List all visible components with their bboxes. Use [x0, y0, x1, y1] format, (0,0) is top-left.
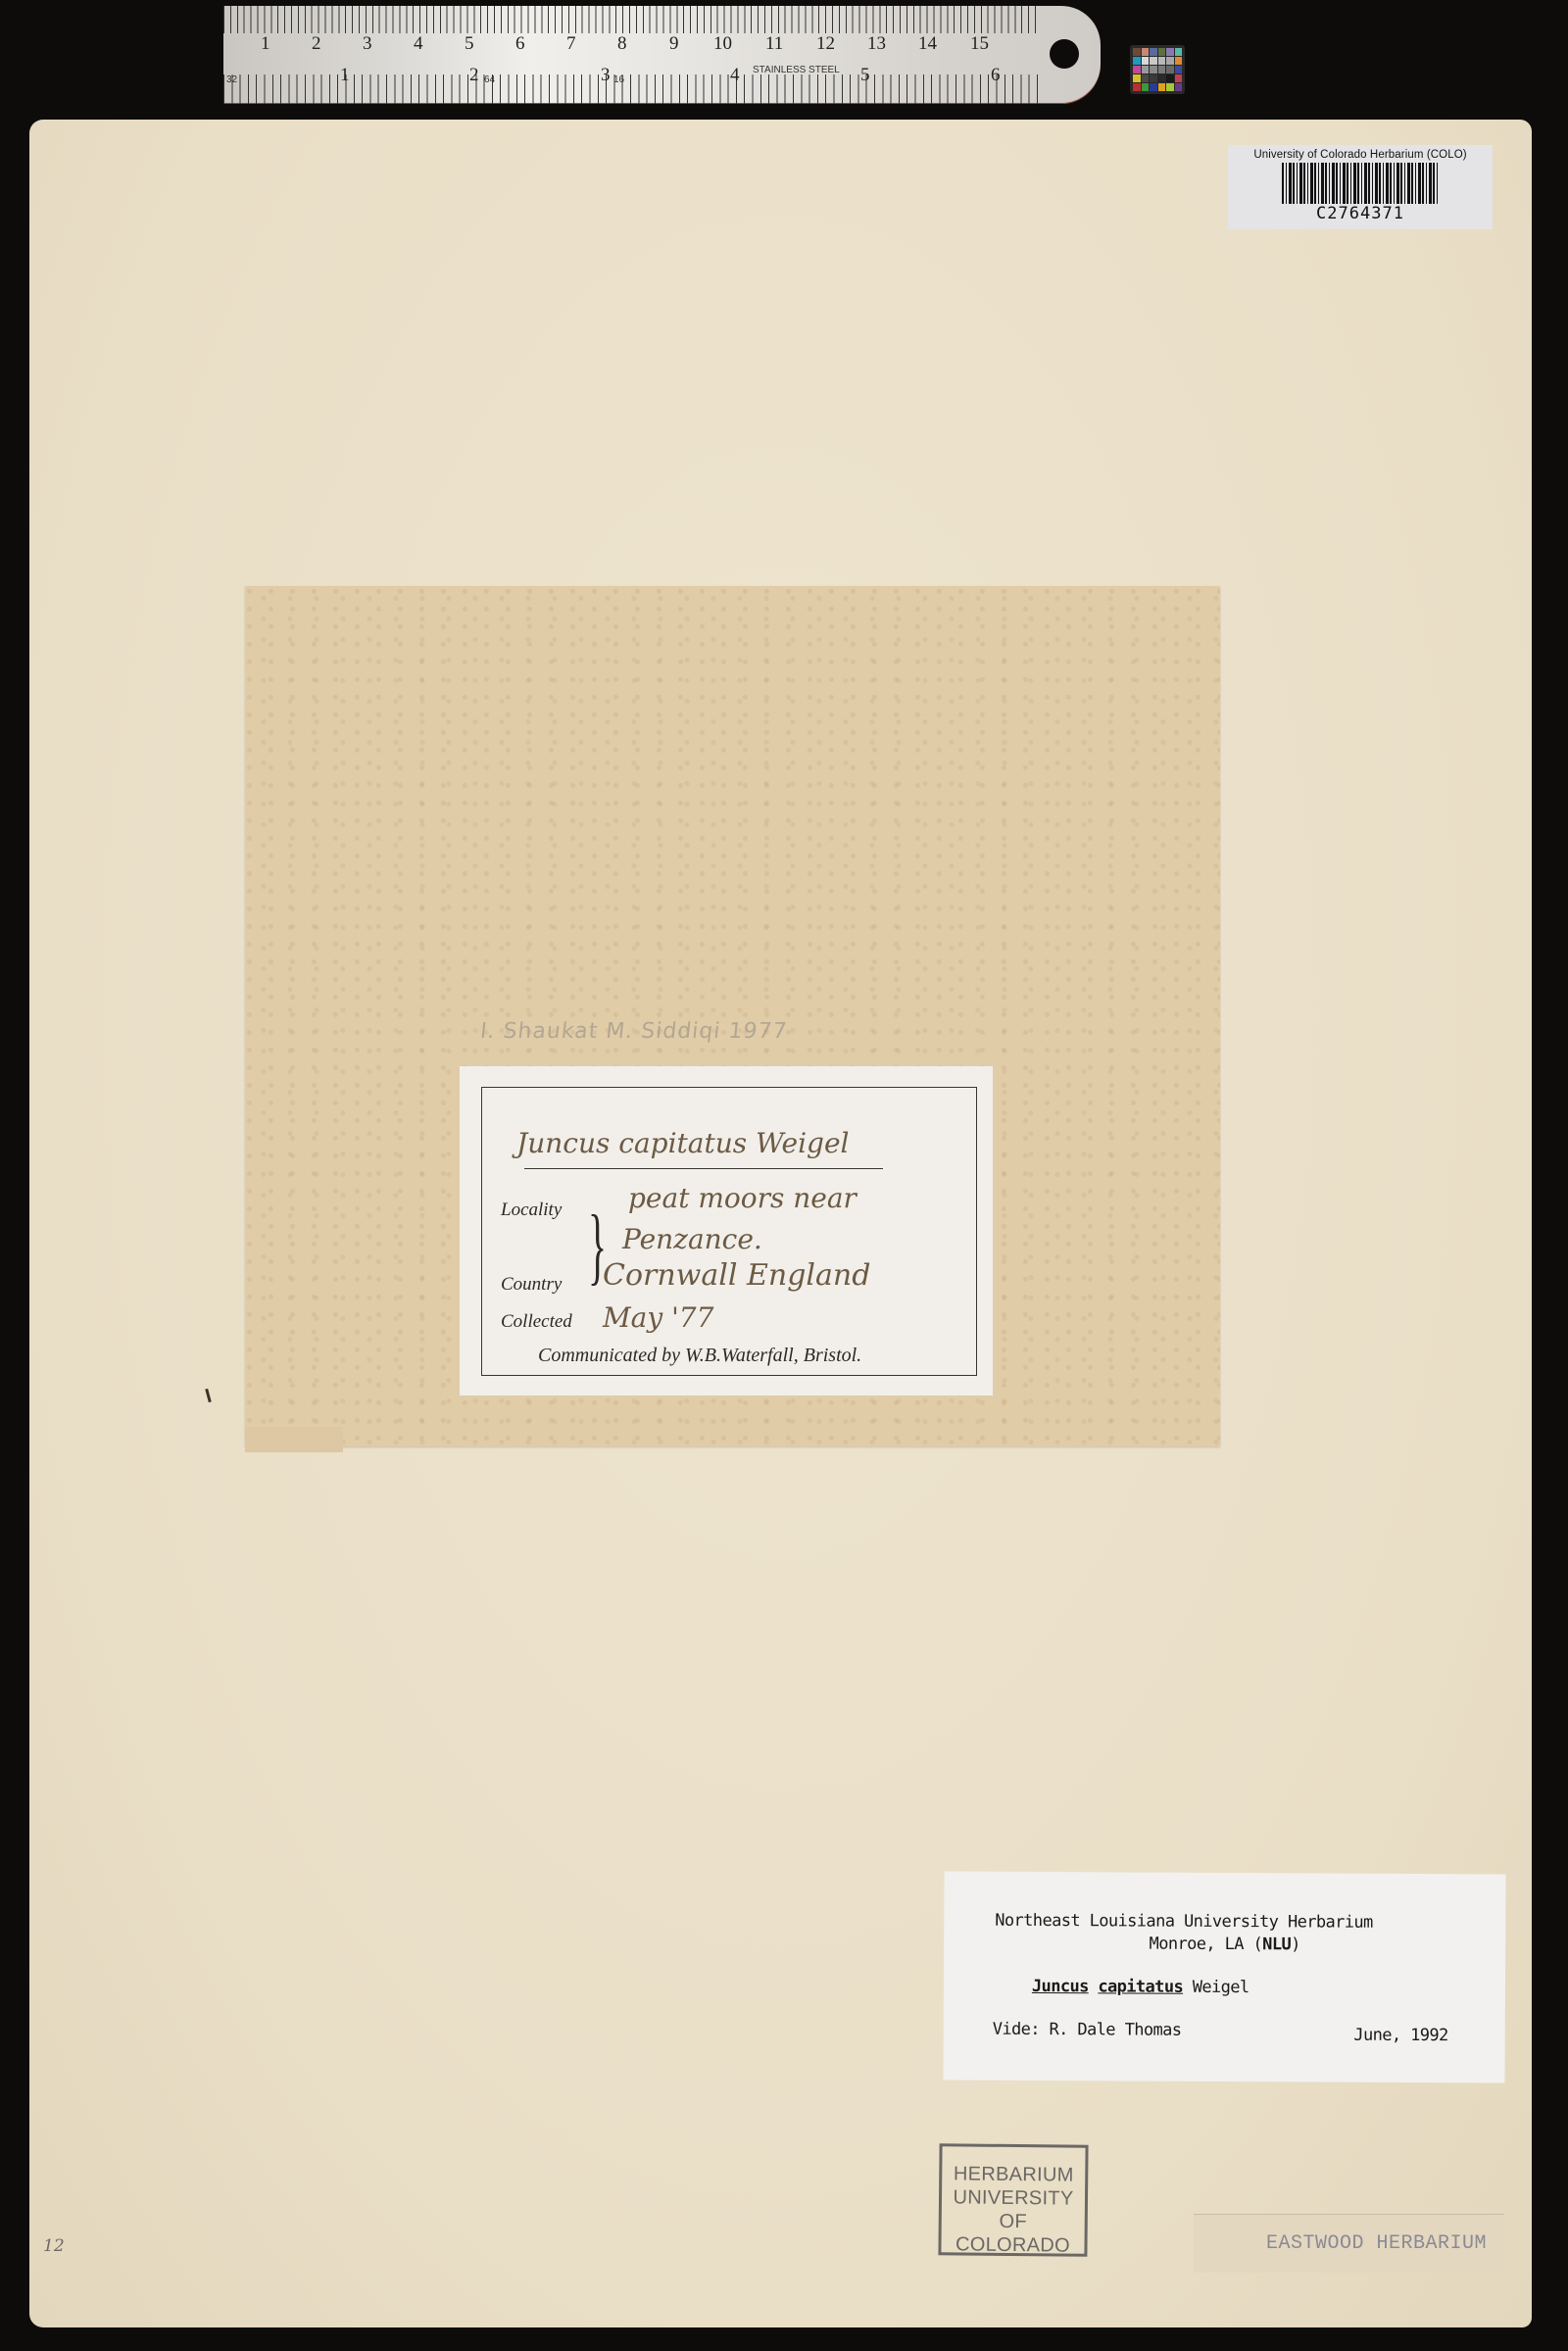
- ruler-cm-15: 15: [970, 33, 989, 55]
- color-calibration-chart: [1130, 45, 1185, 94]
- color-swatch: [1142, 48, 1150, 56]
- country-label: Country: [501, 1274, 562, 1296]
- herbarium-code: NLU: [1262, 1935, 1291, 1954]
- annotation-institution: Northeast Louisiana University Herbarium: [995, 1911, 1373, 1933]
- color-swatch: [1158, 74, 1166, 82]
- color-swatch: [1175, 66, 1183, 73]
- sheet-number: 12: [43, 2236, 65, 2256]
- color-swatch: [1150, 74, 1157, 82]
- color-swatch: [1166, 66, 1174, 73]
- ruler-inch-3: 3: [601, 65, 611, 86]
- taxon-underline: [524, 1168, 883, 1169]
- color-swatch: [1133, 74, 1141, 82]
- barcode-institution: University of Colorado Herbarium (COLO): [1228, 149, 1493, 161]
- color-swatch: [1150, 57, 1157, 65]
- ruler-cm-5: 5: [465, 33, 474, 55]
- ruler-mark-16: 16: [613, 74, 624, 85]
- color-swatch: [1142, 66, 1150, 73]
- ruler-cm-13: 13: [867, 33, 886, 55]
- color-swatch: [1166, 48, 1174, 56]
- annotation-taxon: Juncus capitatus Weigel: [1032, 1977, 1249, 1997]
- ruler-cm-3: 3: [363, 33, 372, 55]
- color-swatch: [1133, 48, 1141, 56]
- ruler-cm-1: 1: [261, 33, 270, 55]
- ruler-cm-8: 8: [617, 33, 627, 55]
- ruler-cm-14: 14: [918, 33, 937, 55]
- barcode-label: University of Colorado Herbarium (COLO) …: [1228, 145, 1493, 229]
- color-swatch: [1166, 83, 1174, 91]
- color-swatch: [1150, 83, 1157, 91]
- ruler-cm-7: 7: [566, 33, 576, 55]
- barcode-icon: [1282, 163, 1439, 204]
- country-value: Cornwall England: [603, 1258, 870, 1293]
- ruler-mark-64: 64: [484, 74, 495, 85]
- color-swatch: [1158, 57, 1166, 65]
- color-swatch: [1166, 74, 1174, 82]
- annotation-date: June, 1992: [1353, 2026, 1447, 2046]
- stamp-line-3: COLORADO: [941, 2232, 1084, 2258]
- ruler-inch-6: 6: [991, 65, 1001, 86]
- locality-line-1: peat moors near: [628, 1182, 857, 1214]
- determination-label: Northeast Louisiana University Herbarium…: [943, 1872, 1505, 2083]
- location-text: Monroe, LA (: [1150, 1935, 1263, 1955]
- pencil-annotation: I. Shaukat M. Siddiqi 1977: [479, 1019, 789, 1044]
- color-swatch: [1142, 83, 1150, 91]
- packet-flap: [245, 1427, 343, 1452]
- ruler-cm-6: 6: [515, 33, 525, 55]
- color-swatch: [1133, 83, 1141, 91]
- scale-ruler: 1 2 3 4 5 6 7 8 9 10 11 12 13 14 15 32 1…: [223, 6, 1101, 104]
- color-swatch: [1133, 57, 1141, 65]
- locality-line-2: Penzance.: [622, 1223, 762, 1255]
- collected-value: May '77: [603, 1301, 713, 1334]
- label-taxon: Juncus capitatus Weigel: [516, 1127, 850, 1159]
- color-swatch: [1142, 74, 1150, 82]
- ruler-cm-11: 11: [765, 33, 783, 55]
- collected-label: Collected: [501, 1311, 572, 1333]
- herbarium-stamp: HERBARIUM UNIVERSITY OF COLORADO: [938, 2143, 1088, 2257]
- color-swatch: [1175, 74, 1183, 82]
- locality-label: Locality: [501, 1200, 562, 1221]
- stamp-line-1: HERBARIUM: [942, 2162, 1085, 2187]
- ruler-inch-1: 1: [340, 65, 350, 86]
- color-swatch: [1166, 57, 1174, 65]
- eastwood-herbarium-label: EASTWOOD HERBARIUM: [1194, 2214, 1504, 2273]
- communicated-by: Communicated by W.B.Waterfall, Bristol.: [538, 1345, 861, 1367]
- original-specimen-label: Juncus capitatus Weigel Locality } peat …: [460, 1066, 993, 1396]
- ruler-material-text: STAINLESS STEEL: [753, 65, 840, 75]
- color-swatch: [1142, 57, 1150, 65]
- color-swatch: [1175, 48, 1183, 56]
- annotation-location: Monroe, LA (NLU): [944, 1934, 1505, 1956]
- color-swatch: [1175, 83, 1183, 91]
- annotation-vide: Vide: R. Dale Thomas: [993, 2020, 1182, 2040]
- color-swatch: [1158, 48, 1166, 56]
- ruler-hang-hole: [1050, 39, 1079, 69]
- ruler-inch-5: 5: [860, 65, 870, 86]
- ruler-inch-2: 2: [469, 65, 479, 86]
- genus: Juncus: [1032, 1977, 1089, 1996]
- color-swatch: [1133, 66, 1141, 73]
- ruler-cm-10: 10: [713, 33, 732, 55]
- ruler-cm-2: 2: [312, 33, 321, 55]
- stamp-line-2: UNIVERSITY OF: [942, 2185, 1085, 2234]
- species: capitatus: [1098, 1977, 1183, 1996]
- color-swatch: [1158, 66, 1166, 73]
- ruler-cm-4: 4: [414, 33, 423, 55]
- ruler-mark-32: 32: [226, 74, 237, 85]
- color-swatch: [1158, 83, 1166, 91]
- color-swatch: [1150, 48, 1157, 56]
- ruler-inch-4: 4: [730, 65, 740, 86]
- color-swatch: [1150, 66, 1157, 73]
- color-swatch: [1175, 57, 1183, 65]
- author: Weigel: [1193, 1978, 1249, 1997]
- ruler-cm-9: 9: [669, 33, 679, 55]
- location-close: ): [1291, 1935, 1300, 1954]
- ruler-cm-12: 12: [816, 33, 835, 55]
- ruler-cm-ticks: [223, 6, 1042, 33]
- catalog-number: C2764371: [1228, 204, 1493, 223]
